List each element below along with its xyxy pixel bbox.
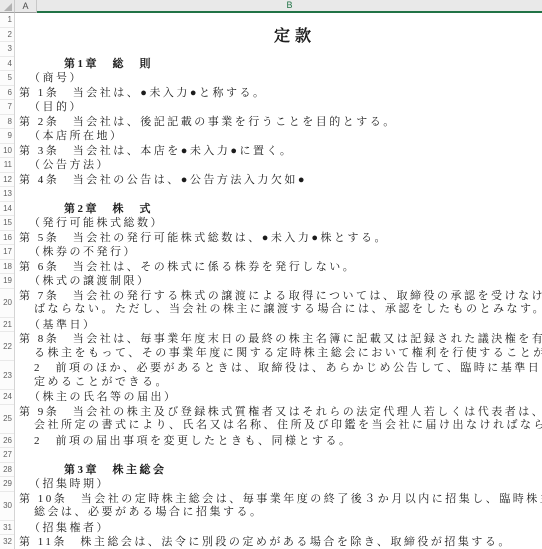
sheet-row[interactable]: 2 前項の届出事項を変更したときも、同様とする。 xyxy=(15,434,542,449)
section-label-line: （目的） xyxy=(15,100,542,115)
spreadsheet-window: A B 123456789101112131415161718192021222… xyxy=(0,0,542,549)
sheet-content: 定款第1章 総 則（商号）第 1条 当会社は、●未入力●と称する。（目的）第 2… xyxy=(15,13,542,549)
chapter-heading: 第2章 株 式 xyxy=(15,202,542,217)
article-line: 第 6条 当会社は、その株式に係る株券を発行しない。 xyxy=(15,260,542,275)
article-line: 第 4条 当会社の公告は、●公告方法入力欠如● xyxy=(15,173,542,188)
sheet-row[interactable]: （招集時期） xyxy=(15,477,542,492)
article-line: 第 1条 当会社は、●未入力●と称する。 xyxy=(15,86,542,101)
article-line: 第 11条 株主総会は、法令に別段の定めがある場合を除き、取締役が招集する。 xyxy=(15,535,542,549)
row-number[interactable]: 13 xyxy=(0,187,14,202)
row-number[interactable]: 32 xyxy=(0,535,14,549)
row-number[interactable]: 2 xyxy=(0,28,14,43)
row-number[interactable]: 30 xyxy=(0,492,14,521)
row-number[interactable]: 12 xyxy=(0,173,14,188)
row-number[interactable]: 14 xyxy=(0,202,14,217)
sheet-row[interactable] xyxy=(15,187,542,202)
row-number[interactable]: 10 xyxy=(0,144,14,159)
column-header-b[interactable]: B xyxy=(37,0,542,13)
column-header-row: A B xyxy=(0,0,542,13)
sheet-row[interactable]: 第 4条 当会社の公告は、●公告方法入力欠如● xyxy=(15,173,542,188)
sheet-row[interactable]: 第3章 株主総会 xyxy=(15,463,542,478)
sheet-row[interactable]: 第2章 株 式 xyxy=(15,202,542,217)
chapter-heading: 第1章 総 則 xyxy=(15,57,542,72)
row-number[interactable]: 15 xyxy=(0,216,14,231)
sheet-row[interactable]: 第 3条 当会社は、本店を●未入力●に置く。 xyxy=(15,144,542,159)
sheet-row[interactable]: 第 9条 当会社の株主及び登録株式質権者又はそれらの法定代理人若しくは代表者は、… xyxy=(15,405,542,434)
article-line: 第 7条 当会社の発行する株式の譲渡による取得については、取締役の承認を受けなけ… xyxy=(15,290,542,304)
section-label-line: （商号） xyxy=(15,71,542,86)
sheet-row[interactable]: 第 1条 当会社は、●未入力●と称する。 xyxy=(15,86,542,101)
row-number[interactable]: 6 xyxy=(0,86,14,101)
continuation-line: る株主をもって、その事業年度に関する定時株主総会において権利を行使することが xyxy=(15,347,542,361)
row-number[interactable]: 28 xyxy=(0,463,14,478)
article-line: 第 3条 当会社は、本店を●未入力●に置く。 xyxy=(15,144,542,159)
article-line: 第 8条 当会社は、毎事業年度末日の最終の株主名簿に記載又は記録された議決権を有… xyxy=(15,333,542,347)
row-number[interactable]: 29 xyxy=(0,477,14,492)
row-number[interactable]: 27 xyxy=(0,448,14,463)
row-number[interactable]: 17 xyxy=(0,245,14,260)
sheet-row[interactable]: 第 5条 当会社の発行可能株式総数は、●未入力●株とする。 xyxy=(15,231,542,246)
row-number[interactable]: 26 xyxy=(0,434,14,449)
sub-item-line: 2 前項のほか、必要があるときは、取締役は、あらかじめ公告して、臨時に基準日を xyxy=(15,362,542,376)
sub-item-line: 2 前項の届出事項を変更したときも、同様とする。 xyxy=(15,434,542,449)
row-number[interactable]: 18 xyxy=(0,260,14,275)
chapter-heading: 第3章 株主総会 xyxy=(15,463,542,478)
section-label-line: （招集権者） xyxy=(15,521,542,536)
article-line: 第 2条 当会社は、後記記載の事業を行うことを目的とする。 xyxy=(15,115,542,130)
section-label-line: （株券の不発行） xyxy=(15,245,542,260)
sheet-row[interactable]: （株主の氏名等の届出） xyxy=(15,390,542,405)
article-line: 第 5条 当会社の発行可能株式総数は、●未入力●株とする。 xyxy=(15,231,542,246)
sheet-row[interactable]: 2 前項のほか、必要があるときは、取締役は、あらかじめ公告して、臨時に基準日を定… xyxy=(15,361,542,390)
row-number[interactable]: 20 xyxy=(0,289,14,318)
row-number[interactable]: 25 xyxy=(0,405,14,434)
row-number[interactable]: 23 xyxy=(0,361,14,390)
column-header-a[interactable]: A xyxy=(15,0,37,13)
sheet-row[interactable]: 第 11条 株主総会は、法令に別段の定めがある場合を除き、取締役が招集する。 xyxy=(15,535,542,549)
row-number[interactable]: 8 xyxy=(0,115,14,130)
sheet-row[interactable] xyxy=(15,448,542,463)
continuation-line: 会社所定の書式により、氏名又は名称、住所及び印鑑を当会社に届け出なければなら xyxy=(15,419,542,433)
sheet-row[interactable]: 第 10条 当会社の定時株主総会は、毎事業年度の終了後３か月以内に招集し、臨時株… xyxy=(15,492,542,521)
sheet-row[interactable]: （目的） xyxy=(15,100,542,115)
sheet-row[interactable]: （株式の譲渡制限） xyxy=(15,274,542,289)
row-number[interactable]: 16 xyxy=(0,231,14,246)
row-number[interactable]: 3 xyxy=(0,42,14,57)
continuation-line: ばならない。ただし、当会社の株主に譲渡する場合には、承認をしたものとみなす。 xyxy=(15,303,542,317)
row-number[interactable]: 5 xyxy=(0,71,14,86)
select-all-triangle-icon xyxy=(4,3,12,11)
article-line: 第 10条 当会社の定時株主総会は、毎事業年度の終了後３か月以内に招集し、臨時株… xyxy=(15,493,542,507)
section-label-line: （株式の譲渡制限） xyxy=(15,274,542,289)
sheet-row[interactable]: 定款 xyxy=(15,28,542,43)
row-number-gutter: 1234567891011121314151617181920212223242… xyxy=(0,13,15,549)
row-number[interactable]: 4 xyxy=(0,57,14,72)
row-number[interactable]: 24 xyxy=(0,390,14,405)
sheet-row[interactable]: （招集権者） xyxy=(15,521,542,536)
select-all-corner[interactable] xyxy=(0,0,15,13)
section-label-line: （本店所在地） xyxy=(15,129,542,144)
sheet-row[interactable]: （株券の不発行） xyxy=(15,245,542,260)
row-number[interactable]: 22 xyxy=(0,332,14,361)
row-number[interactable]: 7 xyxy=(0,100,14,115)
section-label-line: （招集時期） xyxy=(15,477,542,492)
article-line: 第 9条 当会社の株主及び登録株式質権者又はそれらの法定代理人若しくは代表者は、… xyxy=(15,406,542,420)
row-number[interactable]: 21 xyxy=(0,318,14,333)
sheet-row[interactable]: 第 7条 当会社の発行する株式の譲渡による取得については、取締役の承認を受けなけ… xyxy=(15,289,542,318)
sheet-row[interactable] xyxy=(15,13,542,28)
continuation-line: 総会は、必要がある場合に招集する。 xyxy=(15,506,542,520)
section-label-line: （公告方法） xyxy=(15,158,542,173)
row-number[interactable]: 11 xyxy=(0,158,14,173)
sheet-row[interactable]: 第1章 総 則 xyxy=(15,57,542,72)
sheet-row[interactable]: 第 2条 当会社は、後記記載の事業を行うことを目的とする。 xyxy=(15,115,542,130)
sheet-row[interactable]: 第 6条 当会社は、その株式に係る株券を発行しない。 xyxy=(15,260,542,275)
sheet-row[interactable]: （商号） xyxy=(15,71,542,86)
section-label-line: （基準日） xyxy=(15,318,542,333)
sheet-body: 1234567891011121314151617181920212223242… xyxy=(0,13,542,549)
continuation-line: 定めることができる。 xyxy=(15,376,542,390)
section-label-line: （株主の氏名等の届出） xyxy=(15,390,542,405)
section-label-line: （発行可能株式総数） xyxy=(15,216,542,231)
sheet-row[interactable]: 第 8条 当会社は、毎事業年度末日の最終の株主名簿に記載又は記録された議決権を有… xyxy=(15,332,542,361)
sheet-row[interactable]: （本店所在地） xyxy=(15,129,542,144)
row-number[interactable]: 19 xyxy=(0,274,14,289)
sheet-row[interactable]: （基準日） xyxy=(15,318,542,333)
sheet-row[interactable]: （発行可能株式総数） xyxy=(15,216,542,231)
row-number[interactable]: 1 xyxy=(0,13,14,28)
sheet-row[interactable]: （公告方法） xyxy=(15,158,542,173)
row-number[interactable]: 31 xyxy=(0,521,14,536)
row-number[interactable]: 9 xyxy=(0,129,14,144)
